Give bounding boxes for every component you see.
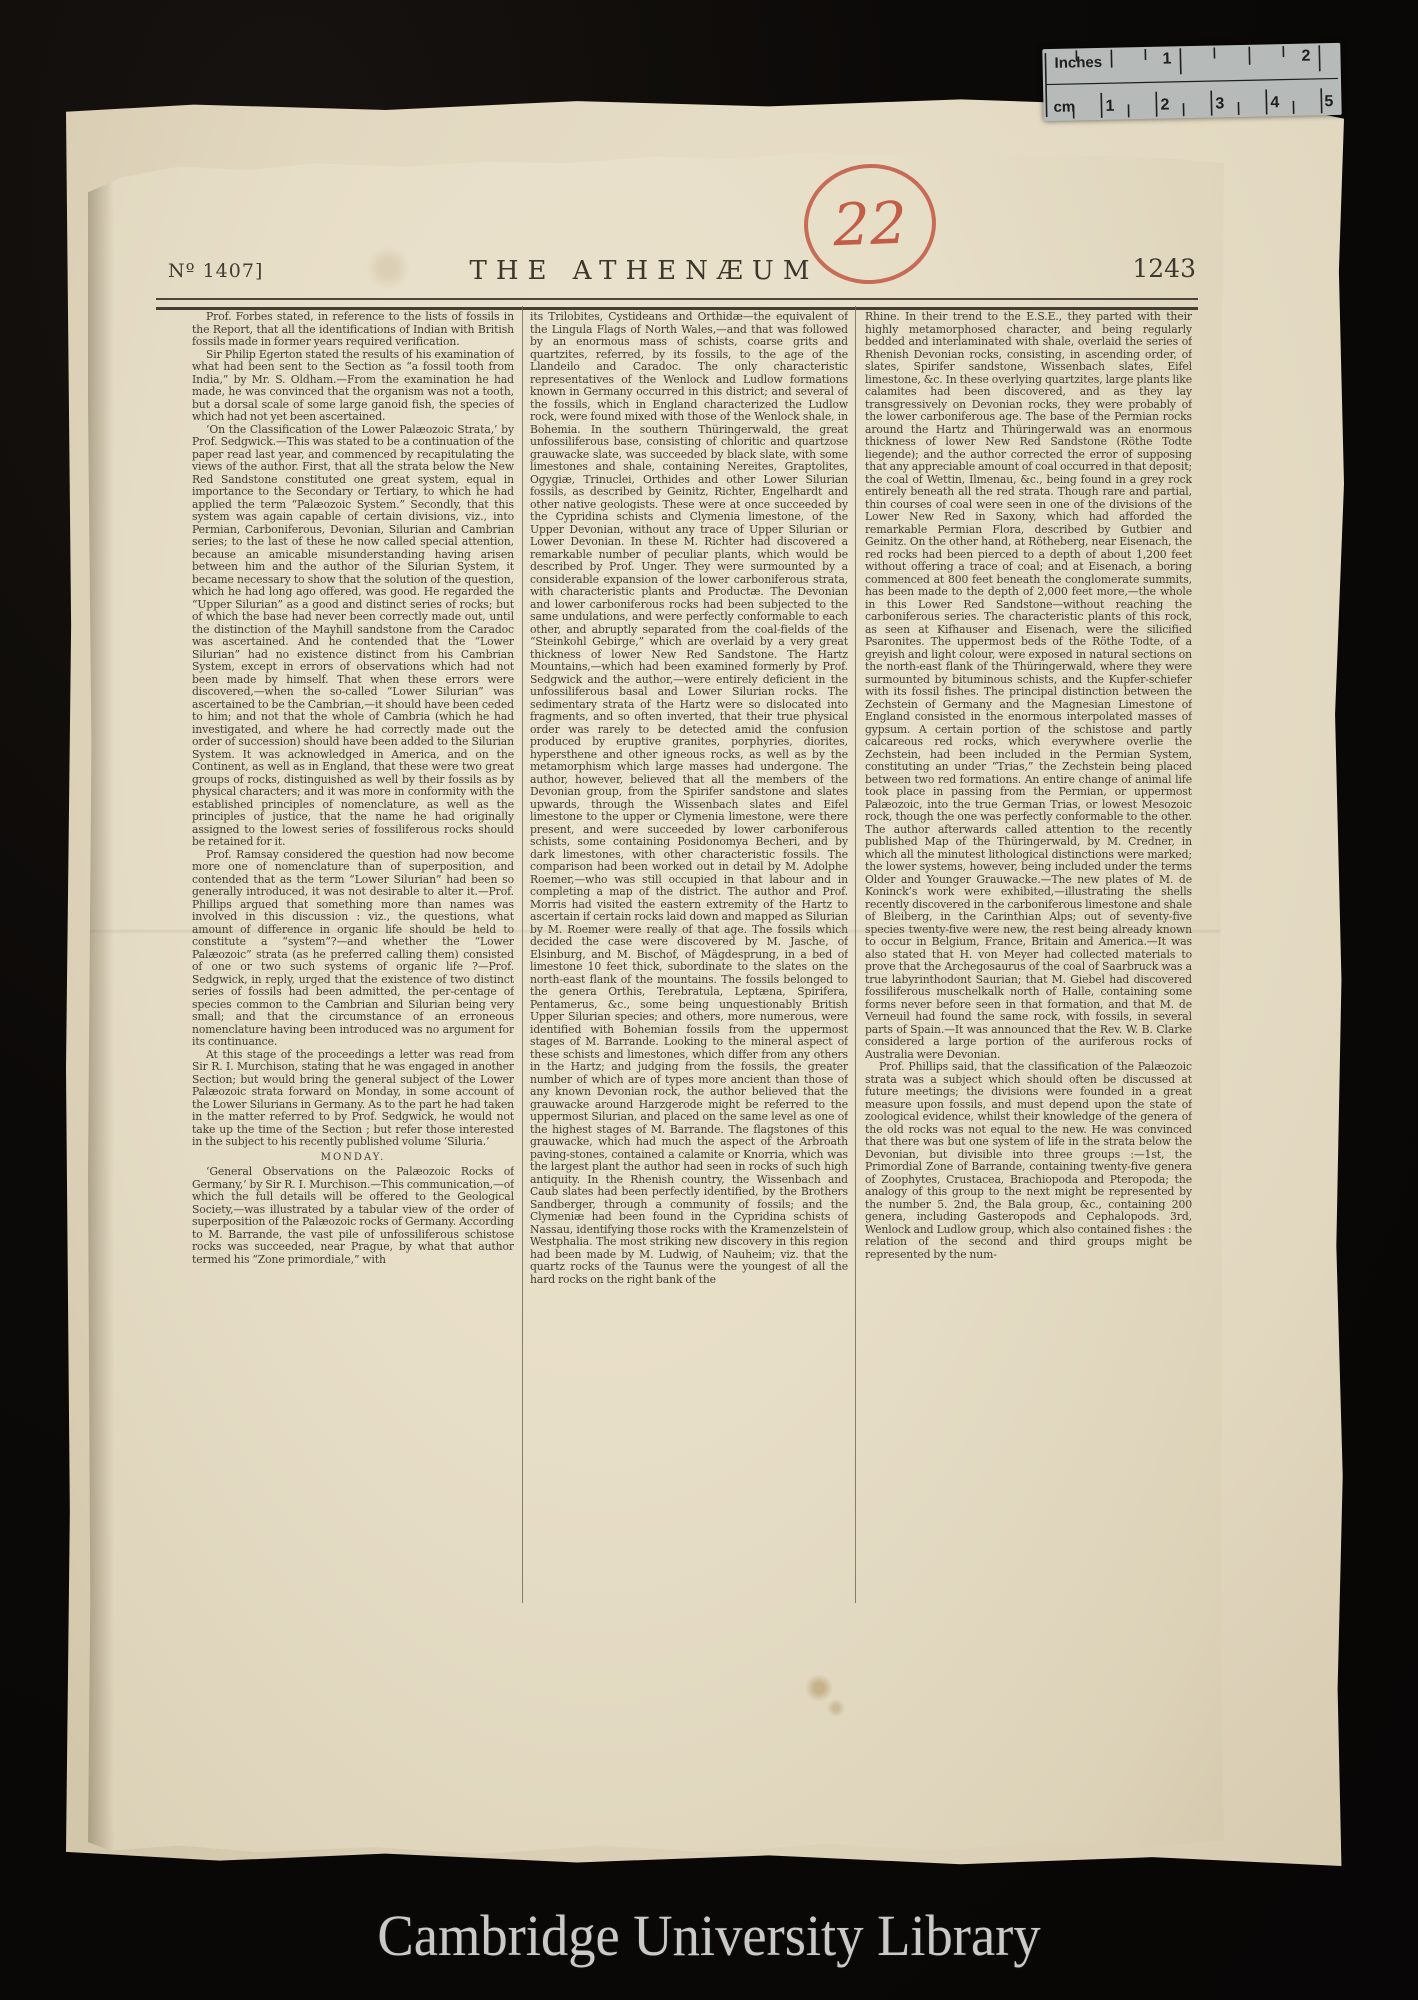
measurement-ruler: Inches cm 12 12345 (1042, 43, 1341, 121)
paragraph: Prof. Phillips said, that the classifica… (865, 1061, 1192, 1261)
paragraph: ‘General Observations on the Palæozoic R… (192, 1166, 514, 1266)
paragraph: Sir Philip Egerton stated the results of… (192, 349, 514, 424)
library-watermark: Cambridge University Library (43, 1902, 1376, 1969)
red-stamp-number: 22 (832, 189, 908, 260)
inch-number: 2 (1301, 48, 1310, 66)
day-subheading: MONDAY. (192, 1152, 514, 1165)
column-2-paragraphs: its Trilobites, Cystideans and Orthidæ—t… (530, 311, 848, 1286)
column-3-paragraphs: Rhine. In their trend to the E.S.E., the… (865, 311, 1192, 1261)
paragraph: Rhine. In their trend to the E.S.E., the… (865, 311, 1192, 1061)
ruler-inches-label: Inches (1054, 54, 1102, 72)
column-1-paragraphs: Prof. Forbes stated, in reference to the… (192, 311, 514, 1149)
inch-number: 1 (1162, 50, 1171, 68)
column-1-paragraphs-after: ‘General Observations on the Palæozoic R… (192, 1166, 514, 1266)
paragraph: Prof. Forbes stated, in reference to the… (192, 311, 514, 349)
ruler-cm-label: cm (1053, 98, 1075, 115)
text-column-2: its Trilobites, Cystideans and Orthidæ—t… (530, 311, 848, 1607)
cm-number: 1 (1105, 98, 1114, 116)
cm-number: 3 (1215, 95, 1224, 113)
paragraph: Prof. Ramsay considered the question had… (192, 849, 514, 1049)
paragraph: its Trilobites, Cystideans and Orthidæ—t… (530, 311, 848, 1286)
text-column-1: Prof. Forbes stated, in reference to the… (192, 311, 514, 1607)
header-rule (156, 298, 1198, 310)
cm-number: 4 (1270, 94, 1279, 112)
text-column-3: Rhine. In their trend to the E.S.E., the… (865, 311, 1192, 1607)
paragraph: At this stage of the proceedings a lette… (192, 1049, 514, 1149)
scan-photograph: Nº 1407] THE ATHENÆUM 1243 Prof. Forbes … (0, 0, 1418, 2000)
masthead-title: THE ATHENÆUM (88, 256, 1200, 286)
column-divider-left (522, 306, 523, 1603)
cm-number: 5 (1324, 93, 1333, 111)
paragraph: ‘On the Classification of the Lower Palæ… (192, 424, 514, 849)
cm-number: 2 (1160, 96, 1169, 114)
page-number: 1243 (1104, 254, 1196, 283)
column-divider-right (855, 306, 856, 1603)
printed-page: Nº 1407] THE ATHENÆUM 1243 Prof. Forbes … (88, 148, 1224, 1854)
